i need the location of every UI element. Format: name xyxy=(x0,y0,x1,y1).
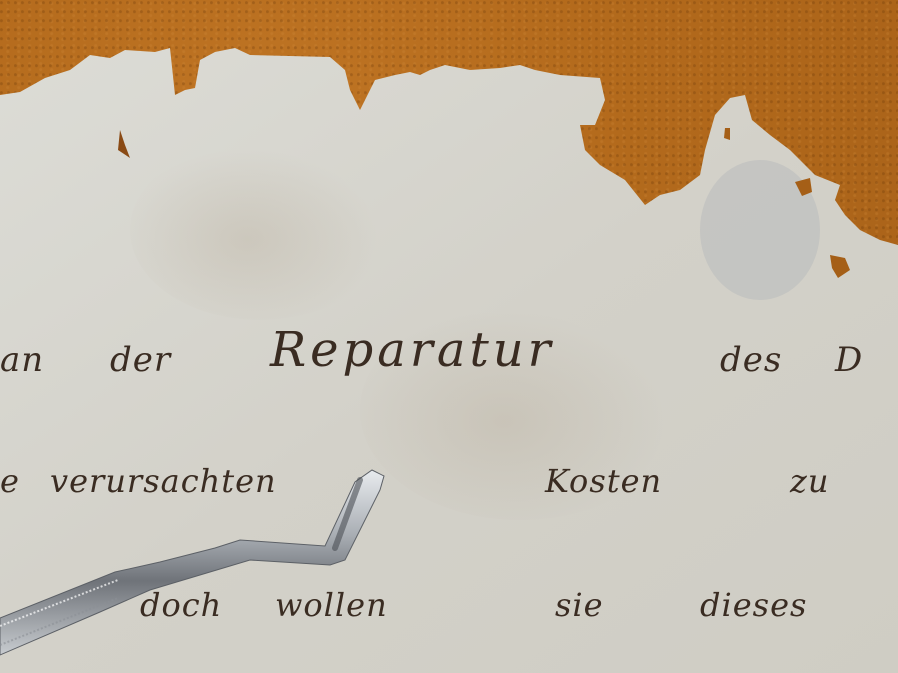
photo-scene: an der Reparatur des D e verursachten Ko… xyxy=(0,0,898,673)
metal-spatula-tool xyxy=(0,0,898,673)
